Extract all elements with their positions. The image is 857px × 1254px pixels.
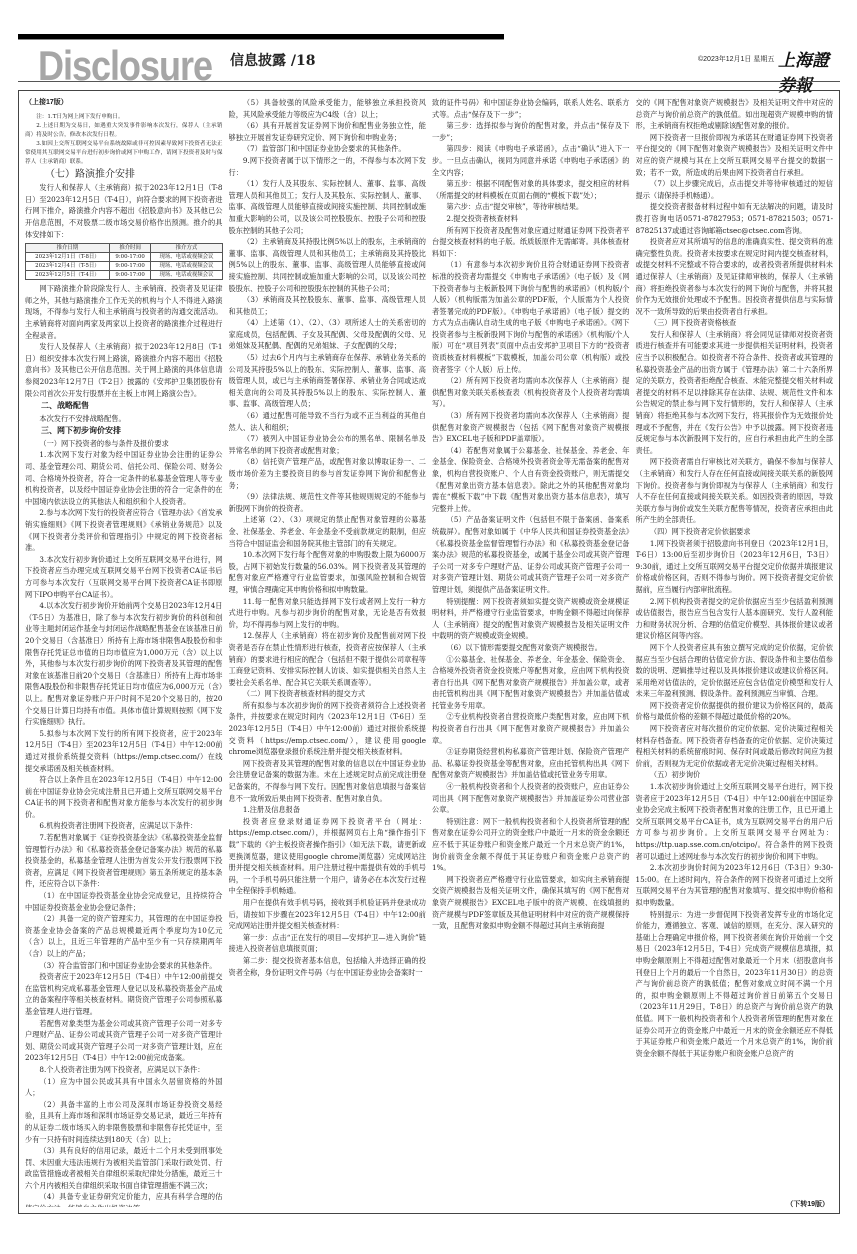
paragraph: （9）法律法规、规范性文件等其他规则规定的不能参与新股网下询价的投资者。 bbox=[229, 491, 427, 514]
paragraph: 网下投资者应严格遵守行业监管要求，如实向主承销商提交资产规模报告及相关证明文件，… bbox=[432, 874, 630, 932]
paragraph: 第二步：提交投资者基本信息，包括输入并选择正确的投资者全称，身份证明文件号码（与… bbox=[229, 955, 427, 978]
paragraph: （二）网下投资者核查材料的提交方式 bbox=[229, 688, 427, 700]
brand-logo: Disclosure bbox=[38, 42, 212, 90]
paragraph: 网下投资者一旦报价即视为承诺其在财通证券网下投资者平台提交的《网下配售对象资产规… bbox=[636, 132, 834, 178]
roadshow-table: 推介日期 推介时间 推介方式 2023年12月1日（T-8日） 9:00-17:… bbox=[25, 243, 223, 280]
paragraph: 投资者应登录财通证券网下投资者平台（网址：https://emp.ctsec.c… bbox=[229, 816, 427, 897]
column-3: 致的证件号码）和中国证券业协会编码，联系人姓名、联系方式等。点击“保存及下一步”… bbox=[432, 97, 630, 1207]
column-header: 推介方式 bbox=[151, 244, 222, 253]
paragraph: 第六步：点击“提交审核”，等待审核结果。 bbox=[432, 201, 630, 213]
paragraph: 发行人和保荐人（主承销商）将会同见证律师对投资者资质进行核查并有可能要求其进一步… bbox=[636, 329, 834, 457]
paragraph: 第三步：选择拟参与询价的配售对象，并点击“保存及下一步”； bbox=[432, 120, 630, 143]
paragraph: （7）以上步骤完成后，点击提交并等待审核通过的短信提示（请保持手机畅通）。 bbox=[636, 178, 834, 201]
table-row: 2023年12月5日（T-4日） 9:00-17:00 现场、电话或视频会议 bbox=[26, 271, 223, 280]
paragraph: 5.拟参与本次网下发行的所有网下投资者，应于2023年12月5日（T-4日）至2… bbox=[25, 728, 223, 774]
continued-from: （上接17版） bbox=[25, 97, 223, 109]
table-row: 2023年12月4日（T-5日） 9:00-17:00 现场、电话或视频会议 bbox=[26, 262, 223, 271]
paragraph: （6）以下情形需要提交配售对象资产规模报告。 bbox=[432, 642, 630, 654]
paragraph: （6）具有开展首发证券网下询价和配售业务独立性，能够独立开展首发证券研究定价、网… bbox=[229, 120, 427, 143]
table-cell: 2023年12月5日（T-4日） bbox=[26, 271, 110, 280]
paragraph: 致的证件号码）和中国证券业协会编码，联系人姓名、联系方式等。点击“保存及下一步”… bbox=[432, 97, 630, 120]
note: 3.如因上交所互联网交易平台系统故障或非可控因素导致网下投资者无法正常使用其互联… bbox=[25, 140, 223, 167]
table-cell: 2023年12月1日（T-8日） bbox=[26, 253, 110, 262]
table-cell: 现场、电话或视频会议 bbox=[151, 271, 222, 280]
paragraph: 网下投资者需自行审核比对关联方，确保不参加与保荐人（主承销商）和发行人存在任何直… bbox=[636, 456, 834, 526]
paragraph: 网下路演推介阶段除发行人、主承销商、投资者及见证律师之外，其他与路演推介工作无关… bbox=[25, 283, 223, 341]
paragraph: 网下投资者定价依据提供的报价建议为价格区间的，最高价格与最低价格的差额不得超过最… bbox=[636, 700, 834, 723]
paragraph: 11.每一配售对象只能选择网下发行或者网上发行一种方式进行申购。凡参与初步询价的… bbox=[229, 596, 427, 631]
paragraph: 本次发行不安排战略配售。 bbox=[25, 413, 223, 425]
paragraph: 8.个人投资者注册为网下投资者，应满足以下条件： bbox=[25, 1064, 223, 1076]
paragraph: （四）网下投资者定价依据要求 bbox=[636, 526, 834, 538]
paragraph: （5）具备较强的风险承受能力，能够独立承担投资风险，其风险承受能力等级应为C4级… bbox=[229, 97, 427, 120]
paragraph: 特别注意：网下一般机构投资者和个人投资者所管理的配售对象在证券公司开立的资金账户… bbox=[432, 816, 630, 874]
paragraph: 2.本次初步询价时间为2023年12月6日（T-3日）9:30-15:00。在上… bbox=[636, 862, 834, 908]
section-heading: （七）路演推介安排 bbox=[25, 169, 223, 181]
sub-heading: （一）网下投资者的参与条件及报价要求 bbox=[25, 438, 223, 450]
table-cell: 9:00-17:00 bbox=[109, 253, 151, 262]
paragraph: 1.本次网下发行对象为经中国证券业协会注册的证券公司、基金管理公司、期货公司、信… bbox=[25, 449, 223, 507]
paragraph: 网下投资者应对每次报价的定价依据、定价决策过程相关材料存档备查。网下投资者存档备… bbox=[636, 723, 834, 769]
paragraph: 7.若配售对象属于《证券投资基金法》《私募投资基金监督管理暂行办法》和《私募投资… bbox=[25, 832, 223, 890]
paragraph: ①公募基金、社保基金、养老金、年金基金、保险资金、合格境外投资者资金投资账户等配… bbox=[432, 654, 630, 712]
table-row: 2023年12月1日（T-8日） 9:00-17:00 现场、电话或视频会议 bbox=[26, 253, 223, 262]
paragraph: 2.网下机构投资者提交的定价依据应当至少包括盈利预测或估值报告，报告应当包含发行… bbox=[636, 596, 834, 642]
paragraph: （4）上述第（1）、（2）、（3）项所述人士的关系密切的家庭成员，包括配偶、子女… bbox=[229, 317, 427, 352]
paragraph: 提交投资者报备材料过程中如有无法解决的问题，请及时拨打咨询电话0571-8782… bbox=[636, 201, 834, 236]
paragraph: 10.本次网下发行每个配售对象的申购股数上限为6000万股，占网下初始发行数量的… bbox=[229, 549, 427, 595]
paragraph: 若配售对象类型为基金公司或其资产管理子公司一对多专户理财产品、证券公司或其资产管… bbox=[25, 1018, 223, 1064]
paragraph: （2）主承销商及其持股比例5%以上的股东，主承销商的董事、监事、高级管理人员和其… bbox=[229, 236, 427, 294]
paragraph: （8）信托资产管理产品，或配售对象以博取证券一、二级市场价差为主要投资目的参与首… bbox=[229, 456, 427, 491]
paragraph: 第五步：根据不同配售对象的具体要求，提交相应的材料（所需提交的材料模板在页面右侧… bbox=[432, 178, 630, 201]
paragraph: （7）监管部门和中国证券业协会要求的其他条件。 bbox=[229, 143, 427, 155]
note: 注：1.T日为网上网下发行申购日。 bbox=[25, 113, 223, 122]
column-header: 推介时间 bbox=[109, 244, 151, 253]
paragraph: （1）应为中国公民或其具有中国永久居留资格的外国人； bbox=[25, 1076, 223, 1099]
paragraph: 3.本次发行初步询价通过上交所互联网交易平台进行，网下投资者应当办理完成互联网交… bbox=[25, 554, 223, 600]
issue-date: ©2023年12月1日 星期五 bbox=[698, 54, 774, 64]
paragraph: （5）过去6个月内与主承销商存在保荐、承销业务关系的公司及其持股5%以上的股东、… bbox=[229, 352, 427, 410]
newspaper-name: 上海證券報 bbox=[778, 46, 840, 96]
paragraph: 特别提示：为进一步督促网下投资者发挥专业的市场化定价能力，遵循独立、客观、诚信的… bbox=[636, 909, 834, 1060]
column-2: （5）具备较强的风险承受能力，能够独立承担投资风险，其风险承受能力等级应为C4级… bbox=[229, 97, 427, 1207]
paragraph: 发行人和保荐人（主承销商）拟于2023年12月1日（T-8日）至2023年12月… bbox=[25, 182, 223, 240]
paragraph: 网下个人投资者应具有独立撰写完成的定价依据，定价依据应当至少包括合理的估值定价方… bbox=[636, 642, 834, 700]
paragraph: 1.注册及信息报备 bbox=[229, 804, 427, 816]
paragraph: （1）有意参与本次初步询价且符合财通证券网下投资者标准的投资者均需提交《申购电子… bbox=[432, 259, 630, 375]
paragraph: 6.机构投资者注册网下投资者，应满足以下条件： bbox=[25, 820, 223, 832]
paragraph: 1.网下投资者须于招股意向书刊登日（2023年12月1日，T-6日）13:00后… bbox=[636, 538, 834, 596]
paragraph: 所有拟参与本次初步询价的网下投资者须符合上述投资者条件，并按要求在规定时间内（2… bbox=[229, 700, 427, 758]
column-1: （上接17版） 注：1.T日为网上网下发行申购日。 2.上述日期为交易日，如遇重… bbox=[25, 97, 223, 1207]
paragraph: 投资者应对其所填写的信息的准确真实性、提交资料的准确完整性负责。投资者未按要求在… bbox=[636, 236, 834, 317]
paragraph: 特别提醒：网下投资者须如实提交资产规模或资金规模证明材料，并严格遵守行业监管要求… bbox=[432, 596, 630, 642]
article-box: （上接17版） 注：1.T日为网上网下发行申购日。 2.上述日期为交易日，如遇重… bbox=[18, 90, 840, 1214]
table-cell: 现场、电话或视频会议 bbox=[151, 262, 222, 271]
paragraph: ④一般机构投资者和个人投资者的投资账户，应由证券公司出具《网下配售对象资产规模报… bbox=[432, 781, 630, 816]
paragraph: ③证券期货经营机构私募资产管理计划、保险资产管理产品、私募证券投资基金等配售对象… bbox=[432, 746, 630, 781]
page-section-title: 信息披露 /18 bbox=[230, 50, 315, 70]
column-header: 推介日期 bbox=[26, 244, 110, 253]
table-header-row: 推介日期 推介时间 推介方式 bbox=[26, 244, 223, 253]
paragraph: 1.本次初步询价通过上交所互联网交易平台进行，网下投资者应于2023年12月5日… bbox=[636, 781, 834, 862]
masthead: Disclosure 信息披露 /18 ©2023年12月1日 星期五 上海證券… bbox=[18, 44, 840, 78]
paragraph: 2.提交投资者核查材料 bbox=[432, 213, 630, 225]
paragraph: 用户在提供有效手机号码，接收到手机验证码并登录成功后，请按如下步骤在2023年1… bbox=[229, 897, 427, 932]
paragraph: 4.以本次发行初步询价开始前两个交易日2023年12月4日（T-5日）为基准日，… bbox=[25, 600, 223, 728]
paragraph: 交的《网下配售对象资产规模报告》及相关证明文件中对应的总资产与询价前总资产的孰低… bbox=[636, 97, 834, 132]
masthead-divider bbox=[18, 81, 840, 82]
table-cell: 9:00-17:00 bbox=[109, 262, 151, 271]
paragraph: ②专业机构投资者自营投资账户类配售对象，应由网下机构投资者自行出具《网下配售对象… bbox=[432, 711, 630, 746]
paragraph: 9.网下投资者属于以下情形之一的，不得参与本次网下发行： bbox=[229, 155, 427, 178]
paragraph: 2.参与本次网下发行的投资者应符合《管理办法》《首发承销实施细则》《网下投资者管… bbox=[25, 507, 223, 553]
paragraph: （3）具有良好的信用记录，最近十二个月未受到刑事处罚、未因重大违法违规行为被相关… bbox=[25, 1145, 223, 1191]
paragraph: （3）承销商及其控股股东、董事、监事、高级管理人员和其他员工； bbox=[229, 294, 427, 317]
paragraph: （6）通过配售可能导致不当行为或不正当利益的其他自然人、法人和组织； bbox=[229, 410, 427, 433]
continued-to: （下转19版） bbox=[786, 1199, 829, 1209]
table-cell: 2023年12月4日（T-5日） bbox=[26, 262, 110, 271]
paragraph: 所有网下投资者及配售对象应通过财通证券网下投资者平台提交核查材料的电子版。纸质版… bbox=[432, 225, 630, 260]
paragraph: （1）在中国证券投资基金业协会完成登记，且持续符合中国证券投资基金业协会登记条件… bbox=[25, 890, 223, 913]
paragraph: 投资者应于2023年12月5日（T-4日）中午12:00前提交在监管机构完成私募… bbox=[25, 971, 223, 1017]
paragraph: 网下投资者及其管理的配售对象的信息以在中国证券业协会注册登记备案的数据为准。未在… bbox=[229, 758, 427, 804]
paragraph: （4）具备专业证券研究定价能力，应具有科学合理的估值定价方法，能够自主作出投资决… bbox=[25, 1191, 223, 1207]
paragraph: （三）网下投资者资格核查 bbox=[636, 317, 834, 329]
paragraph: 12.保荐人（主承销商）将在初步询价及配售前对网下投资者是否存在禁止性情形进行核… bbox=[229, 630, 427, 688]
column-4: 交的《网下配售对象资产规模报告》及相关证明文件中对应的总资产与询价前总资产的孰低… bbox=[636, 97, 834, 1207]
paragraph: 发行人及保荐人（主承销商）拟于2023年12月8日（T-1日）组织安排本次发行网… bbox=[25, 341, 223, 399]
paragraph: （1）发行人及其股东、实际控制人、董事、监事、高级管理人员和其他员工；发行人及其… bbox=[229, 178, 427, 236]
paragraph: （2）所有网下投资者均需向本次保荐人（主承销商）提供配售对象关联关系核查表（机构… bbox=[432, 375, 630, 410]
top-rule-thin bbox=[18, 39, 504, 40]
paragraph: （4）若配售对象属于公募基金、社保基金、养老金、年金基金、保险资金、合格境外投资… bbox=[432, 445, 630, 515]
paragraph: （3）符合监管部门和中国证券业协会要求的其他条件。 bbox=[25, 960, 223, 972]
paragraph: （5）产品备案证明文件（包括但不限于备案函、备案系统截屏）。配售对象如属于《中华… bbox=[432, 514, 630, 595]
paragraph: （五）初步询价 bbox=[636, 769, 834, 781]
table-cell: 9:00-17:00 bbox=[109, 271, 151, 280]
paragraph: 第四步：阅读《申购电子承诺函》，点击“确认”进入下一步。一旦点击确认，视同为同意… bbox=[432, 143, 630, 178]
paragraph: 第一步：点击“正在发行的项目—安邦护卫—进入询价”链接进入投资者信息填报页面； bbox=[229, 932, 427, 955]
section-heading: 三、网下初步询价安排 bbox=[25, 425, 223, 437]
paragraph: 符合以上条件且在2023年12月5日（T-4日）中午12:00前在中国证券业协会… bbox=[25, 774, 223, 820]
paragraph: （7）被列入中国证券业协会公布的黑名单、限制名单及异常名单的网下投资者或配售对象… bbox=[229, 433, 427, 456]
paragraph: 上述第（2）、（3）项规定的禁止配售对象管理的公募基金、社保基金、养老金、年金基… bbox=[229, 514, 427, 549]
table-cell: 现场、电话或视频会议 bbox=[151, 253, 222, 262]
section-heading: 二、战略配售 bbox=[25, 400, 223, 412]
note: 2.上述日期为交易日，如遇重大突发事件影响本次发行，保荐人（主承销商）将及时公告… bbox=[25, 122, 223, 140]
paragraph: （2）具备丰富的上市公司及深圳市场证券投资交易经验，且具有上海市场和深圳市场证券… bbox=[25, 1099, 223, 1145]
paragraph: （3）所有网下投资者均需向本次保荐人（主承销商）提供配售对象资产规模报告（包括《… bbox=[432, 410, 630, 445]
paragraph: （2）具备一定的资产管理实力，其管理的在中国证券投资基金业协会备案的产品总规模最… bbox=[25, 913, 223, 959]
